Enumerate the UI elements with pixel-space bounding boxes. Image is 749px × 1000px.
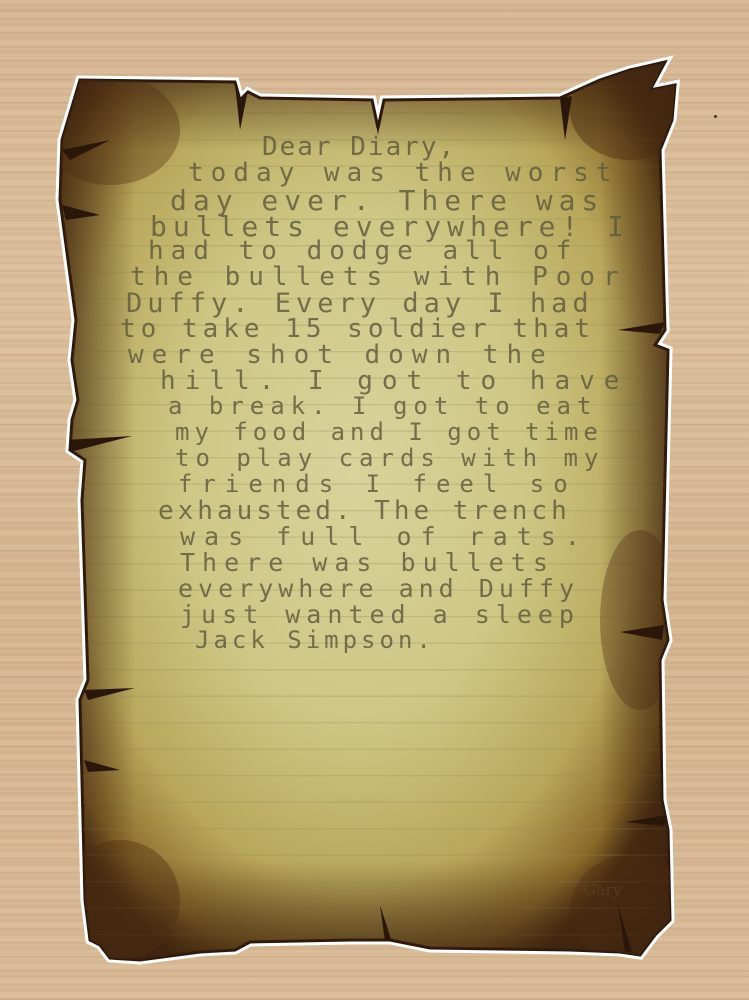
signature-mark: Gary bbox=[583, 880, 622, 899]
letter-line: my food and I got time bbox=[175, 418, 603, 446]
letter-line: just wanted a sleep bbox=[180, 600, 580, 629]
letter-line: was full of rats. bbox=[180, 522, 589, 551]
letter-line: friends I feel so bbox=[178, 470, 577, 498]
letter-line: Jack Simpson. bbox=[195, 626, 435, 654]
letter-line: to play cards with my bbox=[175, 444, 604, 472]
letter-line: everywhere and Duffy bbox=[178, 574, 579, 603]
letter-line: a break. I got to eat bbox=[168, 392, 597, 420]
letter-line: There was bullets bbox=[180, 548, 555, 577]
